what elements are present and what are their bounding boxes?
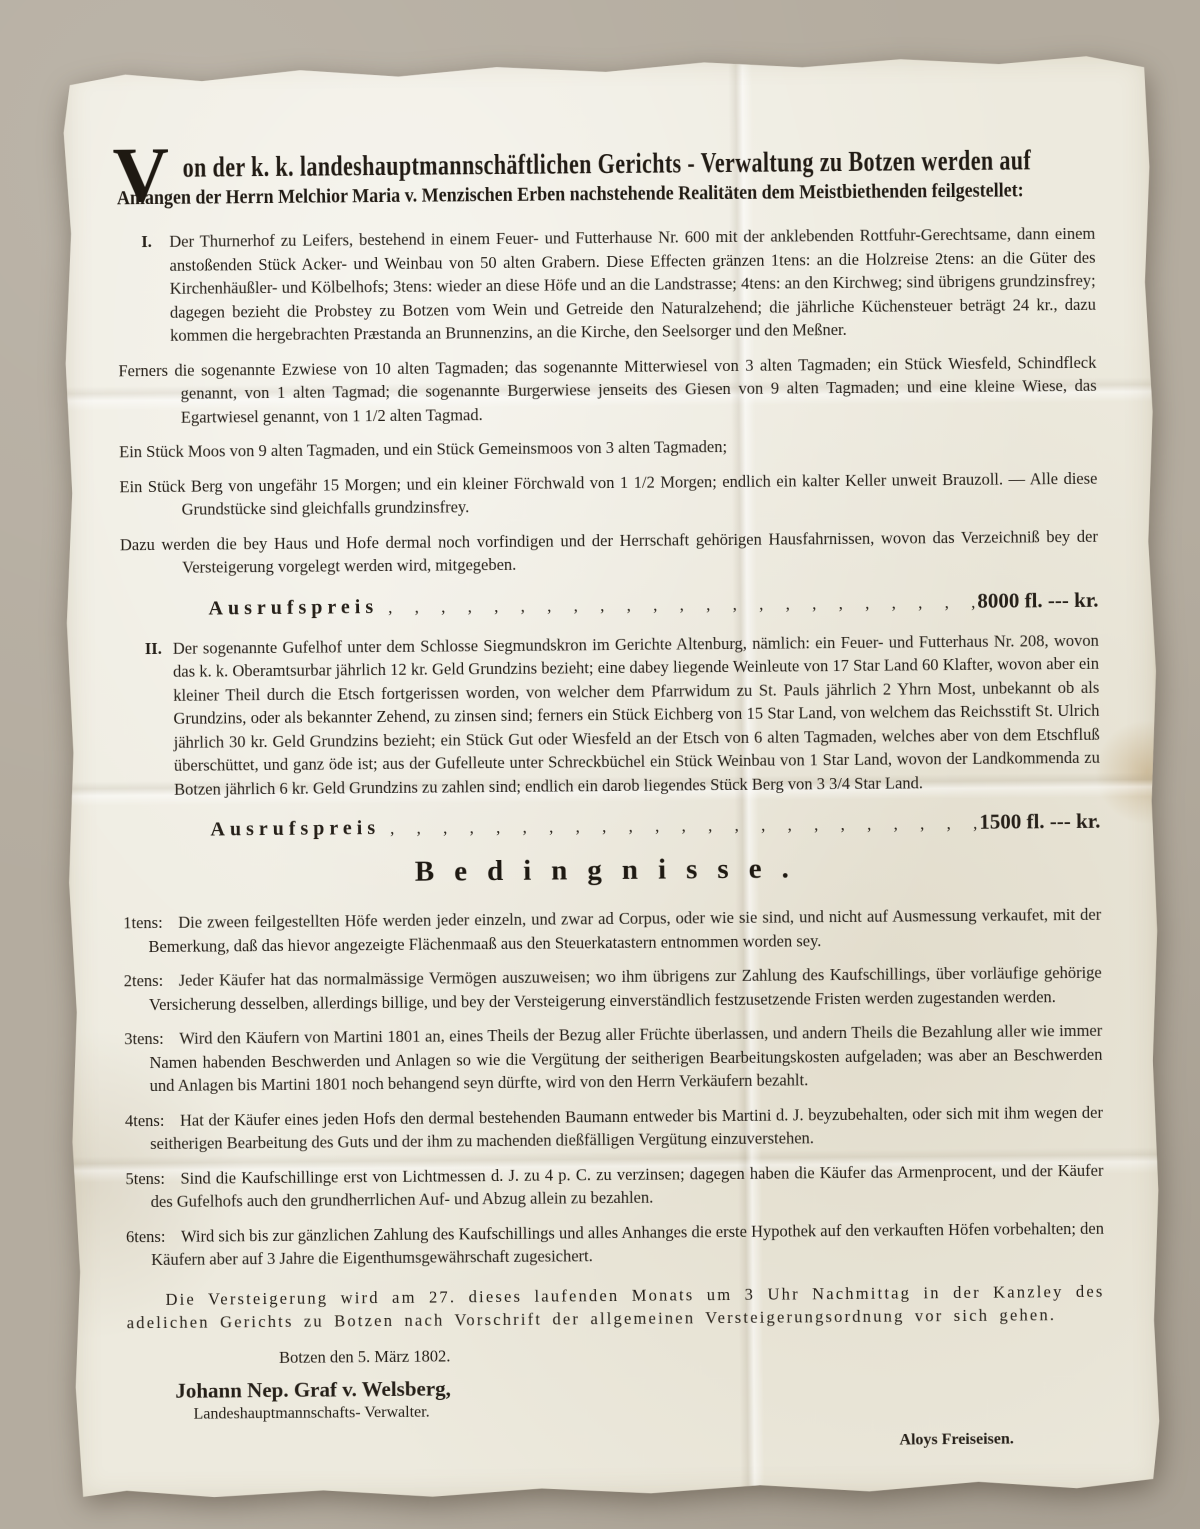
condition-2-text: Jeder Käufer hat das normalmässige Vermö… — [149, 963, 1102, 1014]
photo-background: V on der k. k. landeshauptmannschäftlich… — [0, 0, 1200, 1529]
countersignature: Aloys Freiseisen. — [128, 1430, 1014, 1456]
condition-4-label: 4tens: — [125, 1108, 180, 1132]
condition-3-text: Wird den Käufern von Martini 1801 an, ei… — [149, 1021, 1102, 1095]
condition-item-1: 1tens:Die zween feilgestellten Höfe werd… — [123, 903, 1101, 959]
lot-1-price-value: 8000 fl. --- kr. — [977, 587, 1098, 613]
lot-1-price-leader: , , , , , , , , , , , , , , , , , , , , … — [378, 592, 977, 617]
lot-1-description: I.Der Thurnerhof zu Leifers, bestehend i… — [117, 222, 1096, 348]
lot-1-paragraph-4: Dazu werden die bey Haus und Hofe dermal… — [120, 524, 1098, 580]
lot-2-price-label: Ausrufspreis — [210, 817, 380, 841]
condition-6-label: 6tens: — [126, 1224, 181, 1248]
condition-item-4: 4tens:Hat der Käufer eines jeden Hofs de… — [125, 1100, 1103, 1156]
condition-1-label: 1tens: — [123, 911, 178, 935]
lot-1-numeral: I. — [141, 230, 169, 254]
document-content: V on der k. k. landeshauptmannschäftlich… — [117, 144, 1107, 1476]
condition-item-3: 3tens:Wird den Käufern von Martini 1801 … — [124, 1019, 1103, 1098]
conditions-heading: Bedingnisse. — [123, 850, 1101, 892]
lot-2-text: Der sogenannte Gufelhof unter dem Schlos… — [173, 630, 1100, 798]
lot-2-numeral: II. — [145, 636, 173, 660]
condition-item-6: 6tens:Wird sich bis zur gänzlichen Zahlu… — [126, 1216, 1104, 1272]
condition-5-label: 5tens: — [125, 1166, 180, 1190]
lot-2-description: II.Der sogenannte Gufelhof unter dem Sch… — [121, 628, 1100, 801]
document-header: V on der k. k. landeshauptmannschäftlich… — [117, 144, 1095, 211]
auction-notice: Die Versteigerung wird am 27. dieses lau… — [126, 1279, 1104, 1335]
lot-1-text: Der Thurnerhof zu Leifers, bestehend in … — [169, 224, 1096, 345]
condition-3-label: 3tens: — [124, 1027, 179, 1051]
lot-1-paragraph-3: Ein Stück Berg von ungefähr 15 Morgen; u… — [119, 466, 1097, 522]
condition-2-label: 2tens: — [124, 969, 179, 993]
lot-2-price-value: 1500 fl. --- kr. — [979, 809, 1100, 835]
condition-4-text: Hat der Käufer eines jeden Hofs den derm… — [150, 1102, 1103, 1153]
lot-1-paragraph-1: Ferners die sogenannte Ezwiese von 10 al… — [118, 350, 1097, 429]
lot-2-price-leader: , , , , , , , , , , , , , , , , , , , , … — [380, 814, 979, 839]
document-paper: V on der k. k. landeshauptmannschäftlich… — [60, 51, 1165, 1502]
dateline: Botzen den 5. März 1802. — [279, 1340, 1105, 1367]
condition-5-text: Sind die Kaufschillinge erst von Lichtme… — [151, 1160, 1104, 1211]
paper-shadow-wrap: V on der k. k. landeshauptmannschäftlich… — [60, 51, 1165, 1502]
lot-1-paragraph-2: Ein Stück Moos von 9 alten Tagmaden, und… — [119, 432, 1097, 464]
condition-1-text: Die zween feilgestellten Höfe werden jed… — [148, 905, 1101, 956]
lot-1-price-line: Ausrufspreis , , , , , , , , , , , , , ,… — [208, 587, 1098, 620]
condition-6-text: Wird sich bis zur gänzlichen Zahlung des… — [151, 1218, 1104, 1269]
header-line-1: on der k. k. landeshauptmannschäftlichen… — [183, 144, 1032, 184]
condition-item-5: 5tens:Sind die Kaufschillinge erst von L… — [125, 1158, 1103, 1214]
condition-item-2: 2tens:Jeder Käufer hat das normalmässige… — [124, 961, 1102, 1017]
lot-2-price-line: Ausrufspreis , , , , , , , , , , , , , ,… — [210, 809, 1100, 842]
lot-1-price-label: Ausrufspreis — [208, 596, 378, 620]
